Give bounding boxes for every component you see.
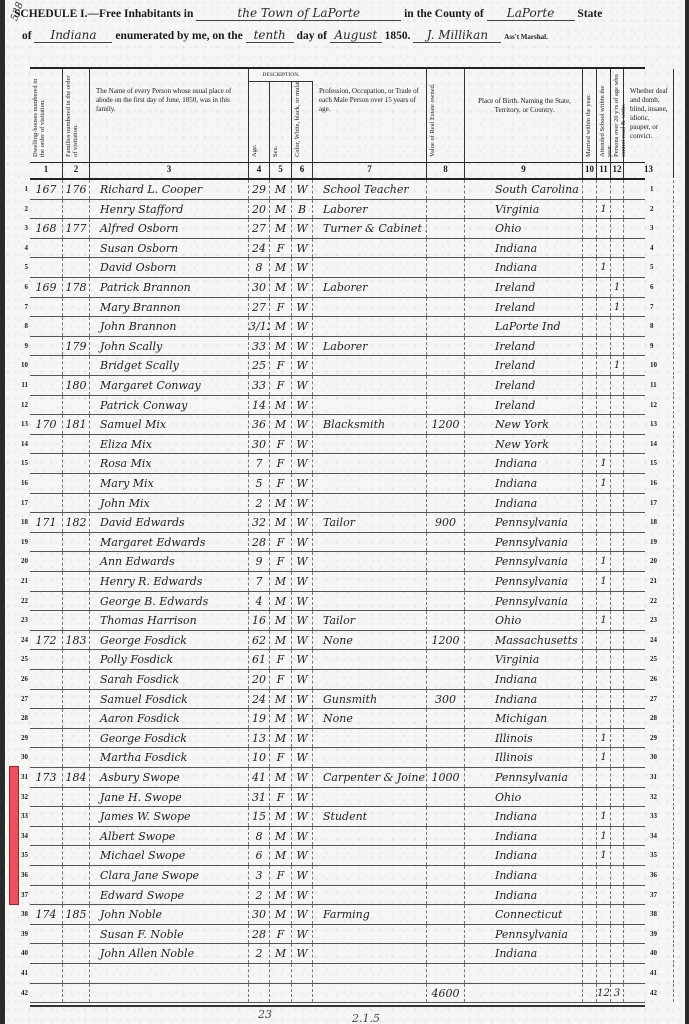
line-number-right: 39 <box>650 925 664 944</box>
cell-real-estate <box>427 317 465 336</box>
cell-occupation: None <box>313 709 427 728</box>
table-row: 11180Margaret Conway33FWIreland11 <box>30 376 645 396</box>
cell-school <box>597 925 611 944</box>
cell-name: Jane H. Swope <box>90 788 249 807</box>
cell-age: 24 <box>249 239 270 258</box>
cell-married <box>583 317 597 336</box>
cell-color <box>292 964 313 983</box>
cell-occupation: Blacksmith <box>313 415 427 434</box>
cell-school <box>597 396 611 415</box>
table-row: 24172183George Fosdick62MWNone1200Massac… <box>30 631 645 651</box>
line-number-right: 17 <box>650 494 664 513</box>
cell-age: 31 <box>249 788 270 807</box>
cell-family: 184 <box>63 768 90 787</box>
cell-age: 30 <box>249 435 270 454</box>
cell-occupation <box>313 964 427 983</box>
cell-condition <box>624 572 674 591</box>
table-row: 18171182David Edwards32MWTailor900Pennsy… <box>30 513 645 533</box>
cell-birthplace: Pennsylvania <box>465 592 583 611</box>
cell-occupation: Gunsmith <box>313 690 427 709</box>
cell-age: 30 <box>249 905 270 924</box>
cell-school <box>597 709 611 728</box>
cell-age: 13 <box>249 729 270 748</box>
cell-age: 62 <box>249 631 270 650</box>
cell-illiterate <box>611 650 624 669</box>
column-number: 4 <box>249 160 270 178</box>
cell-illiterate <box>611 200 624 219</box>
census-page: 538 SCHEDULE I.—Free Inhabitants in the … <box>0 0 689 1024</box>
cell-family <box>63 435 90 454</box>
cell-family <box>63 200 90 219</box>
cell-married <box>583 925 597 944</box>
cell-name: Asbury Swope <box>90 768 249 787</box>
cell-sex: F <box>270 670 292 689</box>
cell-birthplace: Pennsylvania <box>465 572 583 591</box>
cell-occupation: Carpenter & Joiner <box>313 768 427 787</box>
cell-birthplace: Indiana <box>465 944 583 963</box>
line-number-right: 13 <box>650 415 664 434</box>
cell-occupation: Laborer <box>313 200 427 219</box>
cell-married <box>583 278 597 297</box>
cell-birthplace: Ohio <box>465 611 583 630</box>
table-row: 3168177Alfred Osborn27MWTurner & Cabinet… <box>30 219 645 239</box>
column-number: 11 <box>597 160 611 178</box>
cell-name: Aaron Fosdick <box>90 709 249 728</box>
cell-age: 27 <box>249 219 270 238</box>
cell-illiterate <box>611 474 624 493</box>
cell-dwelling <box>30 807 63 826</box>
table-row: 40John Allen Noble2MWIndiana40 <box>30 944 645 964</box>
column-header-2: Families numbered in the order of visita… <box>63 69 90 162</box>
line-number-right: 1 <box>650 180 664 199</box>
cell-name: Albert Swope <box>90 827 249 846</box>
cell-illiterate <box>611 239 624 258</box>
state-value: Indiana <box>34 28 112 43</box>
cell-age: 16 <box>249 611 270 630</box>
cell-sex: M <box>270 768 292 787</box>
cell-sex: M <box>270 631 292 650</box>
table-row: 38174185John Noble30MWFarmingConnecticut… <box>30 905 645 925</box>
cell-married <box>583 611 597 630</box>
cell-sex: F <box>270 866 292 885</box>
cell-color: W <box>292 729 313 748</box>
cell-occupation <box>313 886 427 905</box>
cell-real-estate <box>427 944 465 963</box>
line-number-right: 3 <box>650 219 664 238</box>
cell-illiterate <box>611 572 624 591</box>
cell-occupation <box>313 788 427 807</box>
cell-name: Margaret Edwards <box>90 533 249 552</box>
line-number-left: 29 <box>16 729 28 748</box>
line-number-left: 26 <box>16 670 28 689</box>
line-number-right: 32 <box>650 788 664 807</box>
table-row: 1167176Richard L. Cooper29MWSchool Teach… <box>30 180 645 200</box>
line-number-right: 21 <box>650 572 664 591</box>
cell-birthplace: Ireland <box>465 376 583 395</box>
cell-real-estate: 1200 <box>427 415 465 434</box>
cell-married <box>583 572 597 591</box>
cell-married <box>583 474 597 493</box>
cell-married <box>583 337 597 356</box>
table-row: 15Rosa Mix7FWIndiana115 <box>30 454 645 474</box>
cell-name: Thomas Harrison <box>90 611 249 630</box>
column-number: 9 <box>465 160 583 178</box>
cell-real-estate <box>427 454 465 473</box>
table-row: 39Susan F. Noble28FWPennsylvania39 <box>30 925 645 945</box>
cell-occupation <box>313 474 427 493</box>
cell-age: 15 <box>249 807 270 826</box>
column-header-label: Color, White, black, or mulatto. <box>294 73 301 157</box>
cell-real-estate <box>427 180 465 199</box>
cell-sex: M <box>270 200 292 219</box>
column-number: 8 <box>427 160 465 178</box>
cell-real-estate <box>427 533 465 552</box>
cell-dwelling <box>30 258 63 277</box>
cell-dwelling <box>30 729 63 748</box>
cell-married <box>583 748 597 767</box>
cell-school: 1 <box>597 454 611 473</box>
table-row: 10Bridget Scally25FWIreland110 <box>30 356 645 376</box>
cell-name <box>90 964 249 983</box>
cell-condition <box>624 827 674 846</box>
cell-school <box>597 435 611 454</box>
cell-family <box>63 533 90 552</box>
cell-real-estate <box>427 650 465 669</box>
cell-name: Edward Swope <box>90 886 249 905</box>
column-header-9: Place of Birth. Naming the State, Territ… <box>465 69 583 162</box>
cell-condition <box>624 984 674 1003</box>
table-row: 16Mary Mix5FWIndiana116 <box>30 474 645 494</box>
cell-name: Samuel Fosdick <box>90 690 249 709</box>
column-number: 3 <box>90 160 249 178</box>
cell-married <box>583 984 597 1003</box>
cell-birthplace: Virginia <box>465 650 583 669</box>
cell-illiterate <box>611 180 624 199</box>
cell-color: W <box>292 768 313 787</box>
scan-edge-left <box>0 0 5 1024</box>
cell-school <box>597 298 611 317</box>
cell-married <box>583 396 597 415</box>
footer-tally-right: 2.1.5 <box>352 1012 380 1024</box>
line-number-left: 2 <box>16 200 28 219</box>
cell-name: Henry Stafford <box>90 200 249 219</box>
table-row: 27Samuel Fosdick24MWGunsmith300Indiana27 <box>30 690 645 710</box>
cell-real-estate <box>427 925 465 944</box>
line-number-left: 41 <box>16 964 28 983</box>
cell-family: 180 <box>63 376 90 395</box>
cell-color: W <box>292 317 313 336</box>
cell-dwelling: 171 <box>30 513 63 532</box>
cell-color <box>292 984 313 1003</box>
cell-name: John Brannon <box>90 317 249 336</box>
cell-age: 30 <box>249 278 270 297</box>
column-header-label: Value of Real Estate owned. <box>429 73 436 157</box>
cell-condition <box>624 650 674 669</box>
table-row: 21Henry R. Edwards7MWPennsylvania121 <box>30 572 645 592</box>
cell-color: W <box>292 846 313 865</box>
line-number-right: 35 <box>650 846 664 865</box>
cell-age: 61 <box>249 650 270 669</box>
cell-school: 1 <box>597 748 611 767</box>
cell-dwelling <box>30 611 63 630</box>
column-header-label: Sex. <box>272 73 279 157</box>
cell-school <box>597 415 611 434</box>
cell-school <box>597 356 611 375</box>
cell-family: 182 <box>63 513 90 532</box>
cell-sex: M <box>270 258 292 277</box>
cell-condition <box>624 337 674 356</box>
line-number-right: 29 <box>650 729 664 748</box>
table-row: 26Sarah Fosdick20FWIndiana26 <box>30 670 645 690</box>
cell-illiterate <box>611 827 624 846</box>
column-header-7: Profession, Occupation, or Trade of each… <box>313 69 427 162</box>
cell-real-estate <box>427 219 465 238</box>
cell-illiterate <box>611 337 624 356</box>
cell-birthplace <box>465 984 583 1003</box>
cell-sex: F <box>270 239 292 258</box>
line-number-right: 20 <box>650 552 664 571</box>
cell-occupation <box>313 356 427 375</box>
cell-real-estate <box>427 788 465 807</box>
cell-age: 6 <box>249 846 270 865</box>
column-number: 1 <box>30 160 63 178</box>
cell-illiterate <box>611 846 624 865</box>
cell-sex: M <box>270 278 292 297</box>
column-header-label: Dwelling-houses numbered in the order of… <box>32 73 46 157</box>
line-number-left: 10 <box>16 356 28 375</box>
cell-school: 1 <box>597 200 611 219</box>
cell-condition <box>624 317 674 336</box>
cell-school: 1 <box>597 729 611 748</box>
cell-sex: M <box>270 494 292 513</box>
table-row: 12Patrick Conway14MWIreland12 <box>30 396 645 416</box>
line-number-right: 14 <box>650 435 664 454</box>
cell-married <box>583 513 597 532</box>
cell-school <box>597 533 611 552</box>
cell-birthplace: Michigan <box>465 709 583 728</box>
cell-dwelling <box>30 494 63 513</box>
cell-married <box>583 944 597 963</box>
cell-name: Michael Swope <box>90 846 249 865</box>
cell-dwelling <box>30 435 63 454</box>
cell-condition <box>624 611 674 630</box>
line-number-left: 25 <box>16 650 28 669</box>
cell-birthplace: Ireland <box>465 298 583 317</box>
cell-birthplace: Indiana <box>465 827 583 846</box>
cell-sex: F <box>270 454 292 473</box>
line-number-right: 9 <box>650 337 664 356</box>
state-label: State <box>577 8 602 20</box>
cell-dwelling <box>30 474 63 493</box>
line-number-left: 17 <box>16 494 28 513</box>
cell-illiterate <box>611 317 624 336</box>
cell-school <box>597 905 611 924</box>
column-header-label: Profession, Occupation, or Trade of each… <box>319 87 422 114</box>
cell-birthplace: Illinois <box>465 729 583 748</box>
table-row: 37Edward Swope2MWIndiana37 <box>30 886 645 906</box>
table-row: 17John Mix2MWIndiana17 <box>30 494 645 514</box>
cell-birthplace: Indiana <box>465 474 583 493</box>
cell-birthplace: Indiana <box>465 258 583 277</box>
cell-sex: M <box>270 180 292 199</box>
cell-school <box>597 376 611 395</box>
cell-condition <box>624 239 674 258</box>
cell-color: W <box>292 494 313 513</box>
table-row: 28Aaron Fosdick19MWNoneMichigan28 <box>30 709 645 729</box>
cell-name: David Osborn <box>90 258 249 277</box>
cell-school <box>597 690 611 709</box>
cell-condition <box>624 690 674 709</box>
cell-family <box>63 454 90 473</box>
cell-married <box>583 592 597 611</box>
cell-birthplace: Ireland <box>465 396 583 415</box>
cell-real-estate <box>427 278 465 297</box>
cell-color: W <box>292 415 313 434</box>
cell-condition <box>624 278 674 297</box>
cell-birthplace: Illinois <box>465 748 583 767</box>
line-number-left: 39 <box>16 925 28 944</box>
cell-dwelling: 167 <box>30 180 63 199</box>
table-row: 4Susan Osborn24FWIndiana4 <box>30 239 645 259</box>
table-row: 2Henry Stafford20MBLaborerVirginia12 <box>30 200 645 220</box>
table-row: 6169178Patrick Brannon30MWLaborerIreland… <box>30 278 645 298</box>
cell-real-estate: 4600 <box>427 984 465 1003</box>
cell-age: 3/12 <box>249 317 270 336</box>
cell-married <box>583 807 597 826</box>
cell-name: Susan F. Noble <box>90 925 249 944</box>
cell-real-estate <box>427 396 465 415</box>
cell-condition <box>624 768 674 787</box>
cell-dwelling <box>30 690 63 709</box>
cell-occupation <box>313 454 427 473</box>
cell-illiterate <box>611 670 624 689</box>
cell-dwelling <box>30 317 63 336</box>
cell-condition <box>624 886 674 905</box>
cell-sex: M <box>270 886 292 905</box>
cell-married <box>583 866 597 885</box>
cell-condition <box>624 474 674 493</box>
cell-age: 9 <box>249 552 270 571</box>
cell-sex: F <box>270 435 292 454</box>
table-row: 35Michael Swope6MWIndiana135 <box>30 846 645 866</box>
cell-dwelling <box>30 552 63 571</box>
cell-illiterate <box>611 905 624 924</box>
cell-color: W <box>292 572 313 591</box>
month-value: August <box>330 28 382 43</box>
cell-color: W <box>292 925 313 944</box>
cell-occupation <box>313 729 427 748</box>
line-number-right: 5 <box>650 258 664 277</box>
cell-dwelling <box>30 925 63 944</box>
line-number-right: 26 <box>650 670 664 689</box>
cell-age: 14 <box>249 396 270 415</box>
description-group-label: DESCRIPTION. <box>249 69 313 82</box>
cell-dwelling <box>30 572 63 591</box>
header-line-1: SCHEDULE I.—Free Inhabitants in the Town… <box>14 6 602 21</box>
cell-condition <box>624 356 674 375</box>
column-number: 5 <box>270 160 292 178</box>
cell-illiterate <box>611 964 624 983</box>
cell-family <box>63 474 90 493</box>
schedule-label: SCHEDULE I. <box>14 8 88 20</box>
cell-color: W <box>292 180 313 199</box>
line-number-right: 40 <box>650 944 664 963</box>
column-header-10: Married within the year. <box>583 69 597 162</box>
cell-real-estate <box>427 886 465 905</box>
cell-illiterate <box>611 866 624 885</box>
cell-dwelling: 168 <box>30 219 63 238</box>
cell-condition <box>624 435 674 454</box>
cell-color: W <box>292 533 313 552</box>
cell-married <box>583 533 597 552</box>
cell-sex: F <box>270 376 292 395</box>
cell-dwelling: 170 <box>30 415 63 434</box>
place-value: the Town of LaPorte <box>196 6 401 21</box>
cell-dwelling <box>30 298 63 317</box>
line-number-right: 16 <box>650 474 664 493</box>
cell-real-estate: 1200 <box>427 631 465 650</box>
cell-real-estate <box>427 552 465 571</box>
column-header-label: Whether deaf and dumb, blind, insane, id… <box>630 87 669 141</box>
cell-family <box>63 866 90 885</box>
cell-name: Patrick Conway <box>90 396 249 415</box>
column-number: 2 <box>63 160 90 178</box>
column-header-label: The Name of every Person whose usual pla… <box>96 87 244 114</box>
cell-color: W <box>292 592 313 611</box>
table-row: 29George Fosdick13MWIllinois129 <box>30 729 645 749</box>
cell-name: George Fosdick <box>90 729 249 748</box>
cell-dwelling <box>30 984 63 1003</box>
cell-occupation <box>313 925 427 944</box>
cell-sex: F <box>270 474 292 493</box>
cell-color: W <box>292 944 313 963</box>
line-number-left: 20 <box>16 552 28 571</box>
cell-dwelling <box>30 650 63 669</box>
cell-school: 1 <box>597 846 611 865</box>
cell-age: 2 <box>249 944 270 963</box>
cell-age: 28 <box>249 925 270 944</box>
column-header-3: The Name of every Person whose usual pla… <box>90 69 249 162</box>
header-line-2: of Indiana enumerated by me, on the tent… <box>22 28 548 43</box>
line-number-left: 6 <box>16 278 28 297</box>
cell-married <box>583 650 597 669</box>
table-row: 14Eliza Mix30FWNew York14 <box>30 435 645 455</box>
cell-color: W <box>292 258 313 277</box>
cell-birthplace: Ohio <box>465 219 583 238</box>
cell-age: 3 <box>249 866 270 885</box>
cell-sex: F <box>270 533 292 552</box>
cell-condition <box>624 944 674 963</box>
cell-illiterate <box>611 886 624 905</box>
cell-dwelling <box>30 533 63 552</box>
cell-real-estate <box>427 748 465 767</box>
cell-sex: F <box>270 925 292 944</box>
column-header-label: Age. <box>251 73 258 157</box>
cell-color: W <box>292 513 313 532</box>
cell-color: W <box>292 552 313 571</box>
cell-illiterate <box>611 435 624 454</box>
cell-family: 179 <box>63 337 90 356</box>
cell-occupation <box>313 650 427 669</box>
line-number-left: 5 <box>16 258 28 277</box>
day-value: tenth <box>246 28 294 43</box>
line-number-right: 33 <box>650 807 664 826</box>
cell-color: W <box>292 807 313 826</box>
cell-real-estate: 1000 <box>427 768 465 787</box>
line-number-left: 21 <box>16 572 28 591</box>
table-row: 7Mary Brannon27FWIreland17 <box>30 298 645 318</box>
line-number-left: 28 <box>16 709 28 728</box>
